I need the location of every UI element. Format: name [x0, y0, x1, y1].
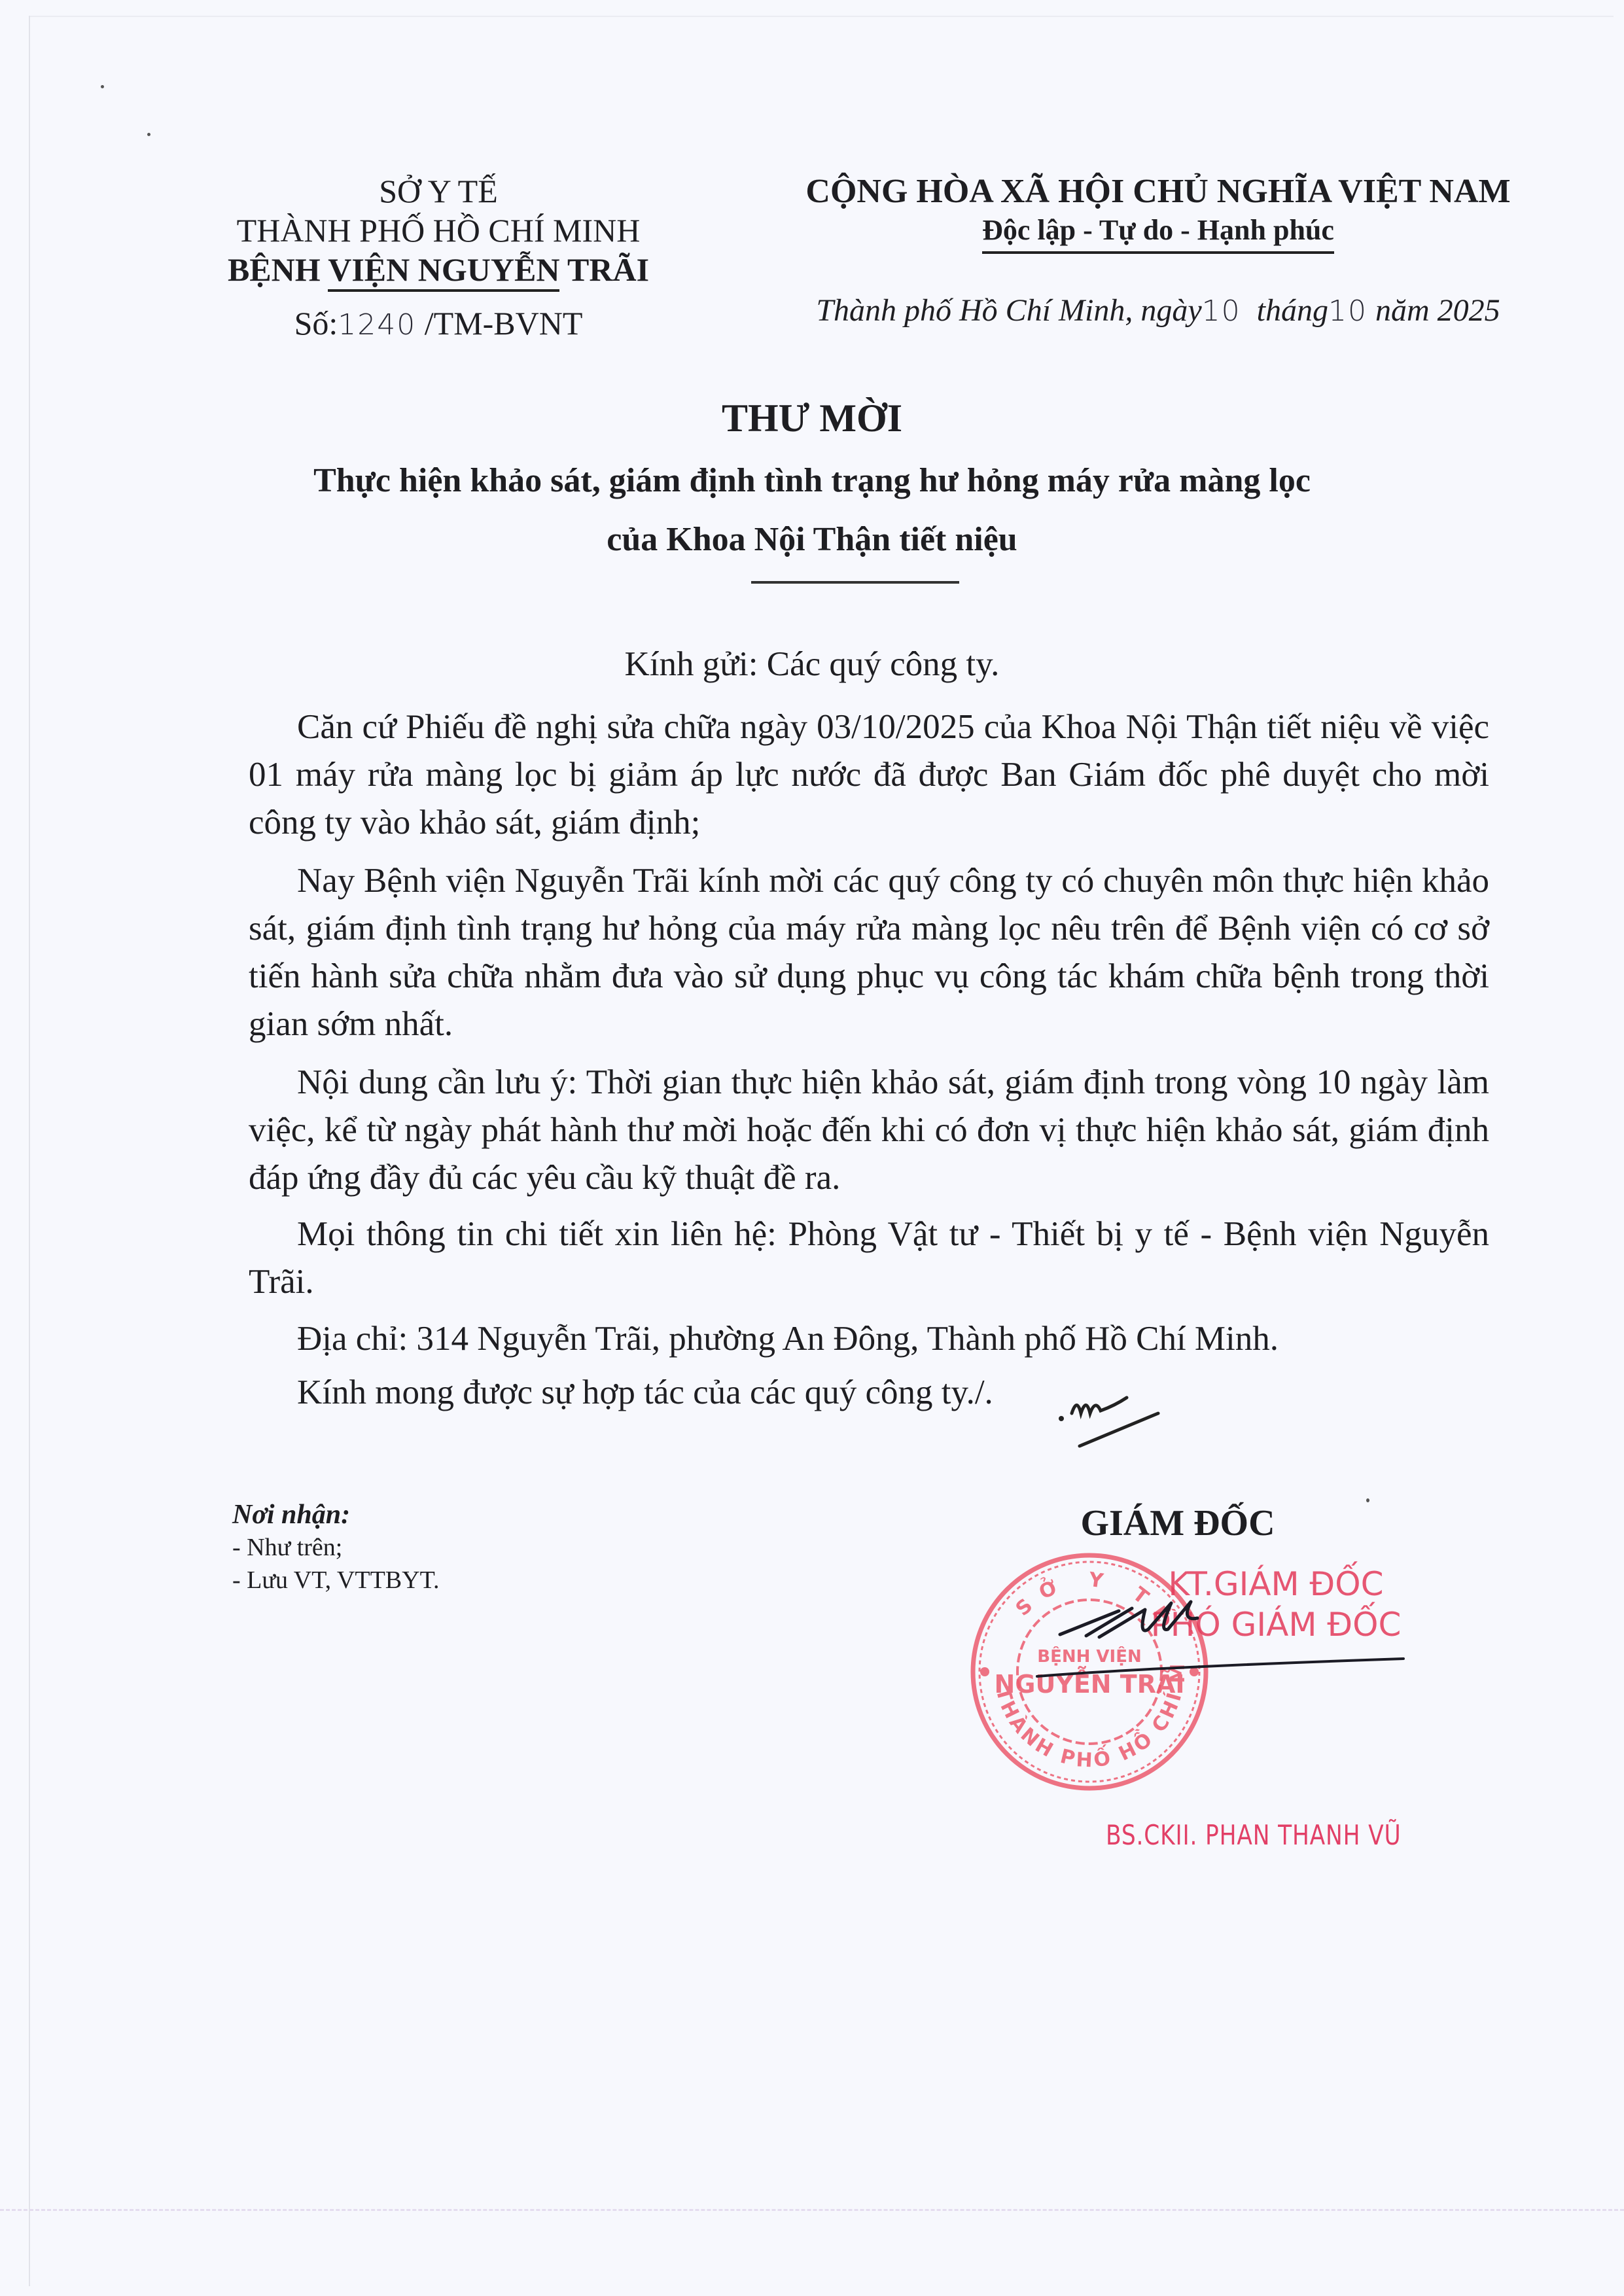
- scan-edge-top: [30, 16, 1614, 17]
- document-title: THƯ MỜI: [0, 396, 1624, 441]
- scan-edge-left: [29, 16, 30, 2286]
- issuing-authority: SỞ Y TẾ THÀNH PHỐ HỒ CHÍ MINH BỆNH VIỆN …: [177, 171, 700, 345]
- body-paragraph-closing: Kính mong được sự hợp tác của các quý cô…: [249, 1369, 1489, 1417]
- hospital-name: BỆNH VIỆN NGUYỄN TRÃI: [177, 250, 700, 289]
- department-name: SỞ Y TẾ: [177, 171, 700, 211]
- document-number: Số:1240 /TM-BVNT: [177, 304, 700, 345]
- body-paragraph-basis: Căn cứ Phiếu đề nghị sửa chữa ngày 03/10…: [249, 703, 1489, 847]
- body-paragraph-contact: Mọi thông tin chi tiết xin liên hệ: Phòn…: [249, 1210, 1489, 1306]
- body-paragraph-invitation: Nay Bệnh viện Nguyễn Trãi kính mời các q…: [249, 857, 1489, 1048]
- issue-date: Thành phố Hồ Chí Minh, ngày10 tháng10 nă…: [752, 292, 1564, 328]
- handwritten-signature-icon: [1021, 1597, 1413, 1688]
- national-header: CỘNG HÒA XÃ HỘI CHỦ NGHĨA VIỆT NAM Độc l…: [752, 171, 1564, 254]
- scan-speck: [147, 133, 150, 136]
- nation-name: CỘNG HÒA XÃ HỘI CHỦ NGHĨA VIỆT NAM: [752, 171, 1564, 212]
- distribution-list: Nơi nhận: - Như trên; - Lưu VT, VTTBYT.: [232, 1498, 439, 1597]
- city-name: THÀNH PHỐ HỒ CHÍ MINH: [177, 211, 700, 250]
- initials-mark-icon: [1053, 1381, 1184, 1453]
- national-motto: Độc lập - Tự do - Hạnh phúc: [982, 212, 1334, 254]
- title-divider: [751, 581, 959, 584]
- fold-line: [0, 2209, 1624, 2211]
- signer-name: BS.CKII. PHAN THANH VŨ: [1106, 1819, 1402, 1851]
- body-paragraph-address: Địa chỉ: 314 Nguyễn Trãi, phường An Đông…: [249, 1315, 1489, 1363]
- distribution-item: - Như trên;: [232, 1531, 439, 1564]
- distribution-item: - Lưu VT, VTTBYT.: [232, 1564, 439, 1597]
- handwritten-day: 10: [1202, 294, 1241, 328]
- body-paragraph-notes: Nội dung cần lưu ý: Thời gian thực hiện …: [249, 1059, 1489, 1202]
- document-subtitle-line-2: của Khoa Nội Thận tiết niệu: [0, 520, 1624, 559]
- recipient-greeting: Kính gửi: Các quý công ty.: [0, 645, 1624, 684]
- scan-speck: [101, 85, 104, 88]
- document-subtitle-line-1: Thực hiện khảo sát, giám định tình trạng…: [0, 461, 1624, 500]
- handwritten-number: 1240: [338, 308, 416, 342]
- signatory-position: GIÁM ĐỐC: [949, 1502, 1407, 1544]
- distribution-label: Nơi nhận:: [232, 1498, 439, 1531]
- handwritten-month: 10: [1328, 294, 1368, 328]
